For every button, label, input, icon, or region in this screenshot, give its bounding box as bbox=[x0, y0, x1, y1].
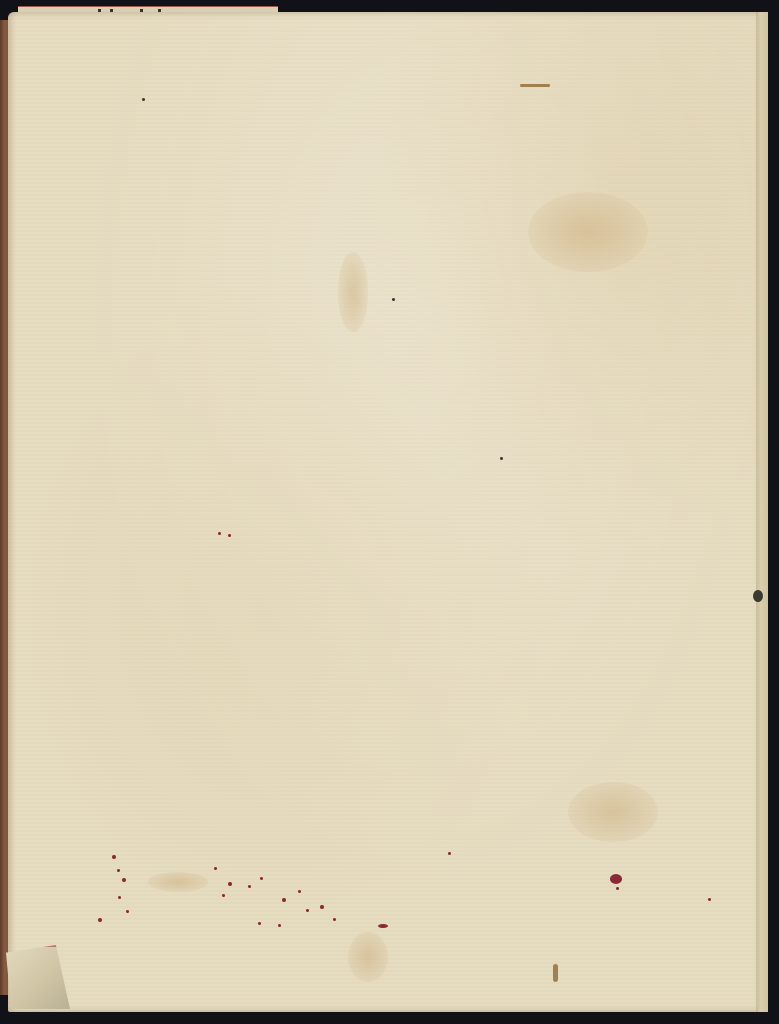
speck bbox=[126, 910, 129, 913]
speck bbox=[260, 877, 263, 880]
speck bbox=[258, 922, 261, 925]
speck bbox=[142, 98, 145, 101]
speck bbox=[520, 84, 550, 87]
speck bbox=[616, 887, 619, 890]
stain bbox=[528, 192, 648, 272]
speck bbox=[500, 457, 503, 460]
speck bbox=[118, 896, 121, 899]
speck bbox=[306, 909, 309, 912]
speck bbox=[98, 918, 102, 922]
speck bbox=[392, 298, 395, 301]
speck bbox=[228, 534, 231, 537]
stain bbox=[568, 782, 658, 842]
speck bbox=[448, 852, 451, 855]
speck bbox=[112, 855, 116, 859]
speck bbox=[320, 905, 324, 909]
speck bbox=[218, 532, 221, 535]
speck bbox=[708, 898, 711, 901]
speck bbox=[610, 874, 622, 884]
speck bbox=[753, 590, 763, 602]
stain bbox=[338, 252, 368, 332]
speck bbox=[228, 882, 232, 886]
page-gutter-shadow bbox=[756, 12, 768, 1012]
speck bbox=[214, 867, 217, 870]
speck bbox=[298, 890, 301, 893]
speck bbox=[553, 964, 558, 982]
speck bbox=[122, 878, 126, 882]
stain bbox=[148, 872, 208, 892]
speck bbox=[278, 924, 281, 927]
speck bbox=[248, 885, 251, 888]
speck bbox=[333, 918, 336, 921]
manuscript-page bbox=[8, 12, 768, 1012]
speck bbox=[282, 898, 286, 902]
speck bbox=[222, 894, 225, 897]
speck bbox=[117, 869, 120, 872]
stain bbox=[348, 932, 388, 982]
speck bbox=[378, 924, 388, 928]
